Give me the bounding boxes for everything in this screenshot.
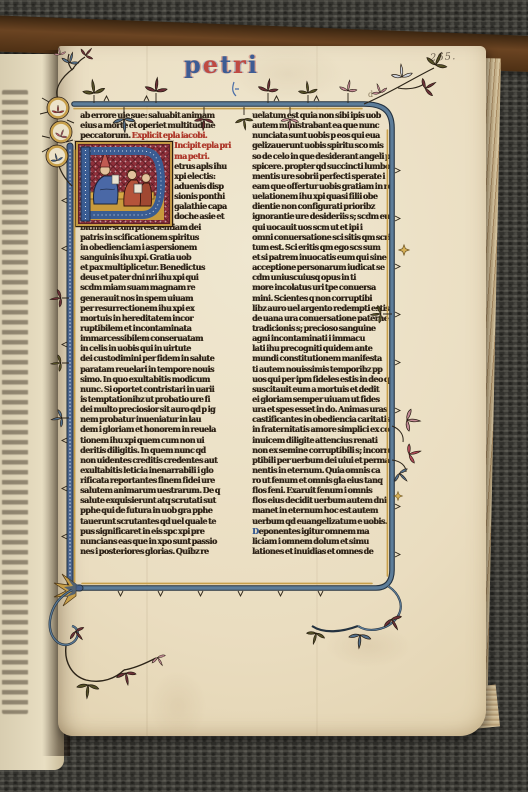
manuscript-page: 265. petri d — [58, 46, 486, 736]
border-bars — [70, 104, 392, 588]
right-margin-sprigs — [369, 245, 423, 501]
facing-page-text — [2, 90, 28, 714]
photo-background: 265. petri d — [0, 0, 528, 792]
bottom-right-curl — [304, 586, 406, 649]
ivy-sprig-top-right — [364, 48, 451, 104]
title-flourish — [233, 82, 239, 96]
ivy-border-decoration — [58, 46, 486, 734]
thorn-ticks — [62, 96, 400, 596]
bottom-left-curl — [50, 574, 169, 699]
